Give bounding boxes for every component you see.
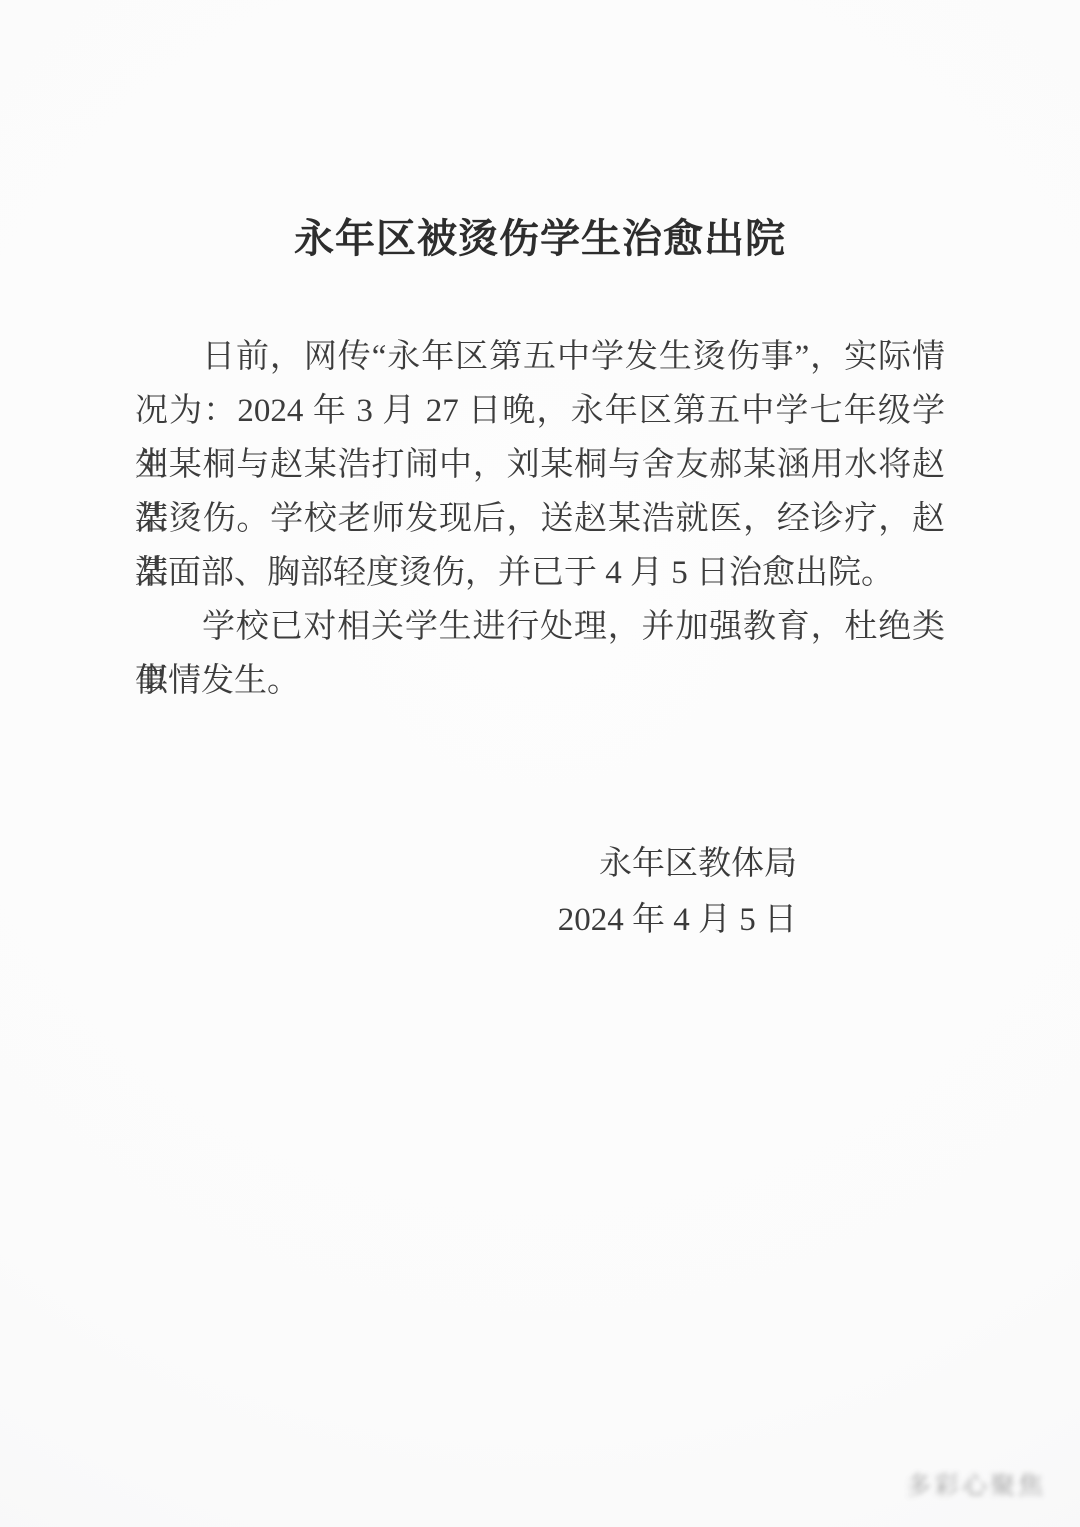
signature-org: 永年区教体局 <box>558 836 797 892</box>
body-line: 学校已对相关学生进行处理，并加强教育，杜绝类似 <box>135 600 945 654</box>
signature-block: 永年区教体局 2024 年 4 月 5 日 <box>558 836 797 948</box>
body-line: 况为：2024 年 3 月 27 日晚，永年区第五中学七年级学生 <box>135 384 945 438</box>
page-title: 永年区被烫伤学生治愈出院 <box>0 214 1080 264</box>
body-line: 事情发生。 <box>135 654 945 708</box>
body-line: 浩烫伤。学校老师发现后，送赵某浩就医，经诊疗，赵某 <box>135 492 945 546</box>
body-line: 刘某桐与赵某浩打闹中，刘某桐与舍友郝某涵用水将赵某 <box>135 438 945 492</box>
body-line: 日前，网传“永年区第五中学发生烫伤事”，实际情 <box>135 330 945 384</box>
signature-date: 2024 年 4 月 5 日 <box>558 892 797 948</box>
notice-body: 日前，网传“永年区第五中学发生烫伤事”，实际情 况为：2024 年 3 月 27… <box>135 330 945 708</box>
watermark: 多彩心聚焦 <box>906 1470 1046 1504</box>
body-line: 浩面部、胸部轻度烫伤，并已于 4 月 5 日治愈出院。 <box>135 546 945 600</box>
official-notice-page: 永年区被烫伤学生治愈出院 日前，网传“永年区第五中学发生烫伤事”，实际情 况为：… <box>0 0 1080 1527</box>
